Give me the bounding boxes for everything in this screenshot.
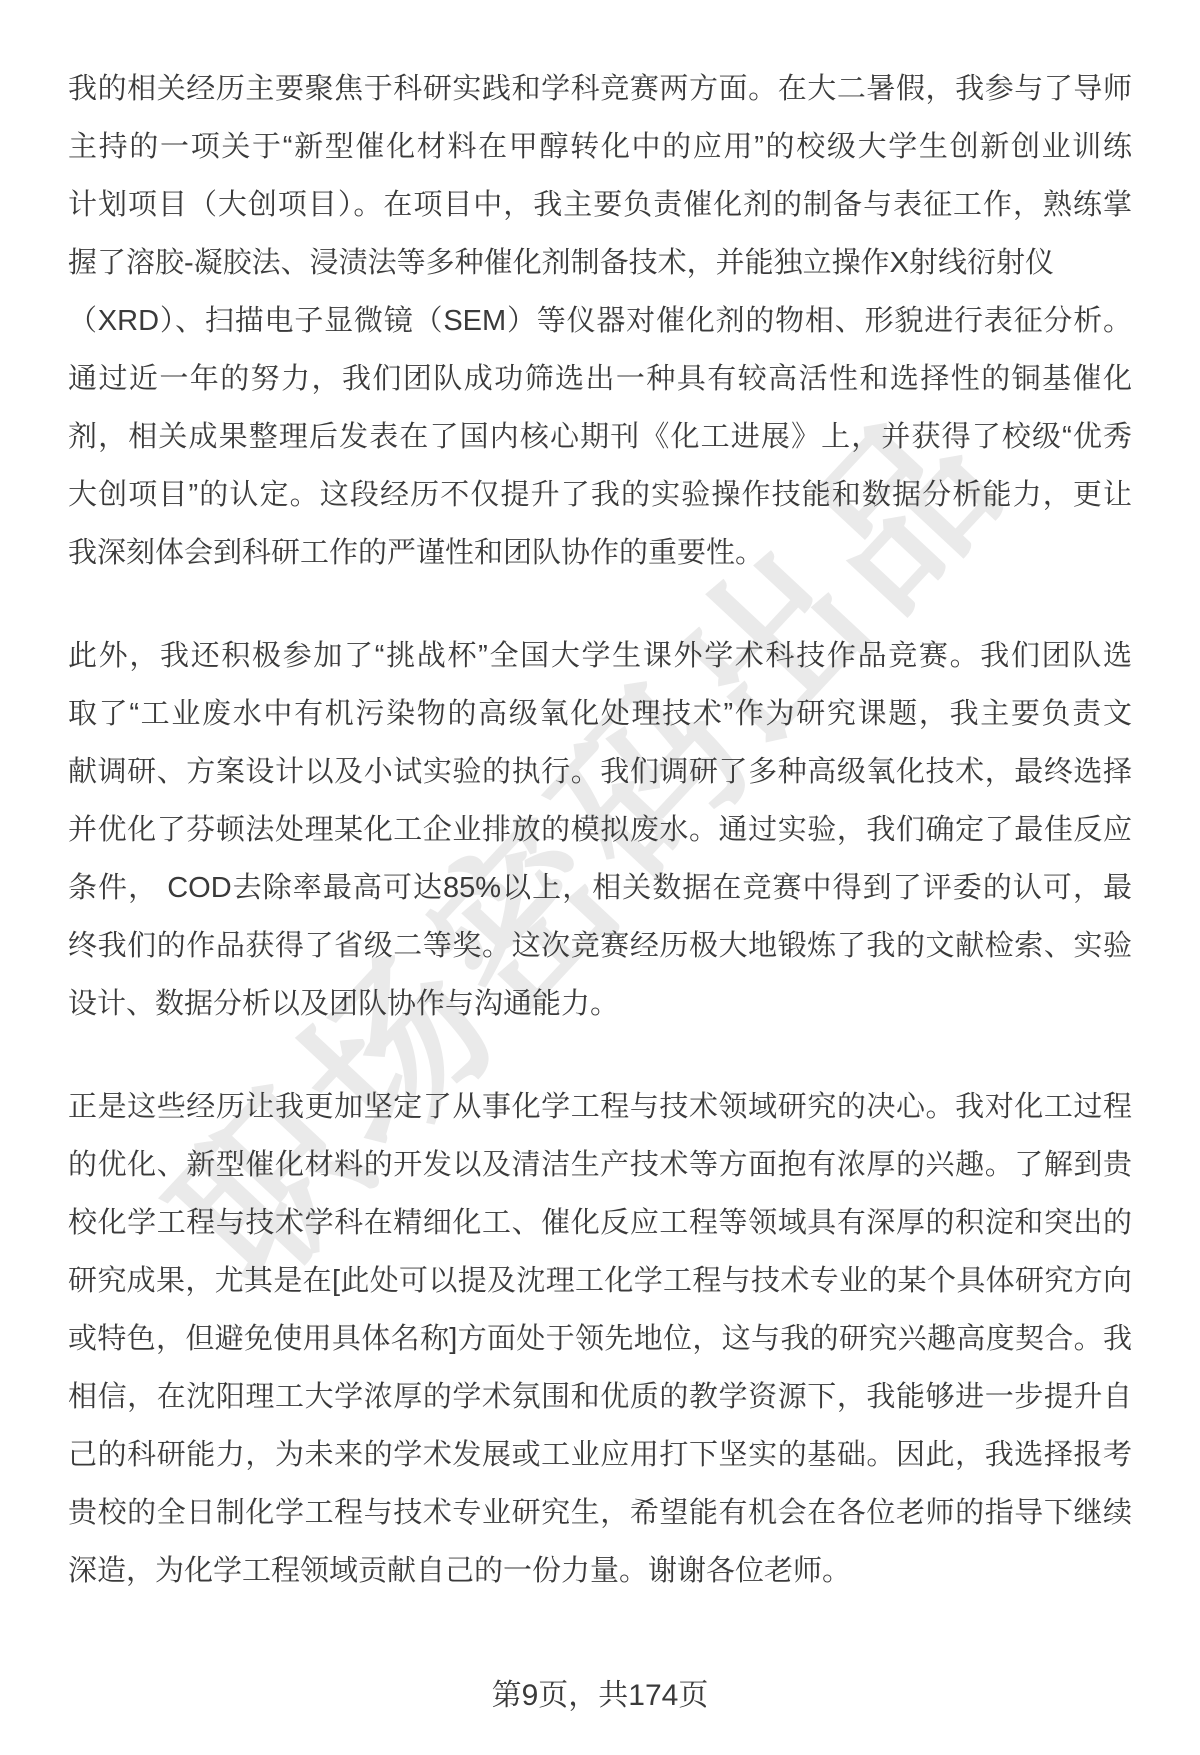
text-line: 大创项目”的认定。这段经历不仅提升了我的实验操作技能和数据分析能力，更让: [68, 466, 1132, 524]
text-line: 正是这些经历让我更加坚定了从事化学工程与技术领域研究的决心。我对化工过程: [68, 1078, 1132, 1136]
text-line: 我深刻体会到科研工作的严谨性和团队协作的重要性。: [68, 524, 1132, 582]
paragraph: 正是这些经历让我更加坚定了从事化学工程与技术领域研究的决心。我对化工过程的优化、…: [68, 1078, 1132, 1600]
text-line: 主持的一项关于“新型催化材料在甲醇转化中的应用”的校级大学生创新创业训练: [68, 118, 1132, 176]
text-line: 条件， COD去除率最高可达85%以上，相关数据在竞赛中得到了评委的认可，最: [68, 859, 1132, 917]
page-number-label: 第9页，共174页: [492, 1679, 709, 1712]
paragraph: 我的相关经历主要聚焦于科研实践和学科竞赛两方面。在大二暑假，我参与了导师主持的一…: [68, 60, 1132, 582]
text-line: 此外，我还积极参加了“挑战杯”全国大学生课外学术科技作品竞赛。我们团队选: [68, 627, 1132, 685]
text-line: 握了溶胶-凝胶法、浸渍法等多种催化剂制备技术，并能独立操作X射线衍射仪: [68, 234, 1132, 292]
text-line: 计划项目（大创项目）。在项目中，我主要负责催化剂的制备与表征工作，熟练掌: [68, 176, 1132, 234]
text-line: 或特色，但避免使用具体名称]方面处于领先地位，这与我的研究兴趣高度契合。我: [68, 1310, 1132, 1368]
text-line: 研究成果，尤其是在[此处可以提及沈理工化学工程与技术专业的某个具体研究方向: [68, 1252, 1132, 1310]
text-line: 设计、数据分析以及团队协作与沟通能力。: [68, 975, 1132, 1033]
text-line: 终我们的作品获得了省级二等奖。这次竞赛经历极大地锻炼了我的文献检索、实验: [68, 917, 1132, 975]
text-line: 贵校的全日制化学工程与技术专业研究生，希望能有机会在各位老师的指导下继续: [68, 1484, 1132, 1542]
document-content: 我的相关经历主要聚焦于科研实践和学科竞赛两方面。在大二暑假，我参与了导师主持的一…: [68, 60, 1132, 1645]
text-line: 的优化、新型催化材料的开发以及清洁生产技术等方面抱有浓厚的兴趣。了解到贵: [68, 1136, 1132, 1194]
text-line: 取了“工业废水中有机污染物的高级氧化处理技术”作为研究课题，我主要负责文: [68, 685, 1132, 743]
text-line: 校化学工程与技术学科在精细化工、催化反应工程等领域具有深厚的积淀和突出的: [68, 1194, 1132, 1252]
text-line: 剂，相关成果整理后发表在了国内核心期刊《化工进展》上，并获得了校级“优秀: [68, 408, 1132, 466]
text-line: 相信，在沈阳理工大学浓厚的学术氛围和优质的教学资源下，我能够进一步提升自: [68, 1368, 1132, 1426]
text-line: 深造，为化学工程领域贡献自己的一份力量。谢谢各位老师。: [68, 1542, 1132, 1600]
text-line: 己的科研能力，为未来的学术发展或工业应用打下坚实的基础。因此，我选择报考: [68, 1426, 1132, 1484]
text-line: 我的相关经历主要聚焦于科研实践和学科竞赛两方面。在大二暑假，我参与了导师: [68, 60, 1132, 118]
text-line: 并优化了芬顿法处理某化工企业排放的模拟废水。通过实验，我们确定了最佳反应: [68, 801, 1132, 859]
text-line: 献调研、方案设计以及小试实验的执行。我们调研了多种高级氧化技术，最终选择: [68, 743, 1132, 801]
page-footer: 第9页，共174页: [0, 1670, 1200, 1714]
text-line: 通过近一年的努力，我们团队成功筛选出一种具有较高活性和选择性的铜基催化: [68, 350, 1132, 408]
document-page: 职场密码出品 我的相关经历主要聚焦于科研实践和学科竞赛两方面。在大二暑假，我参与…: [0, 0, 1200, 1755]
paragraph: 此外，我还积极参加了“挑战杯”全国大学生课外学术科技作品竞赛。我们团队选取了“工…: [68, 627, 1132, 1033]
text-line: （XRD）、扫描电子显微镜（SEM）等仪器对催化剂的物相、形貌进行表征分析。: [68, 292, 1132, 350]
